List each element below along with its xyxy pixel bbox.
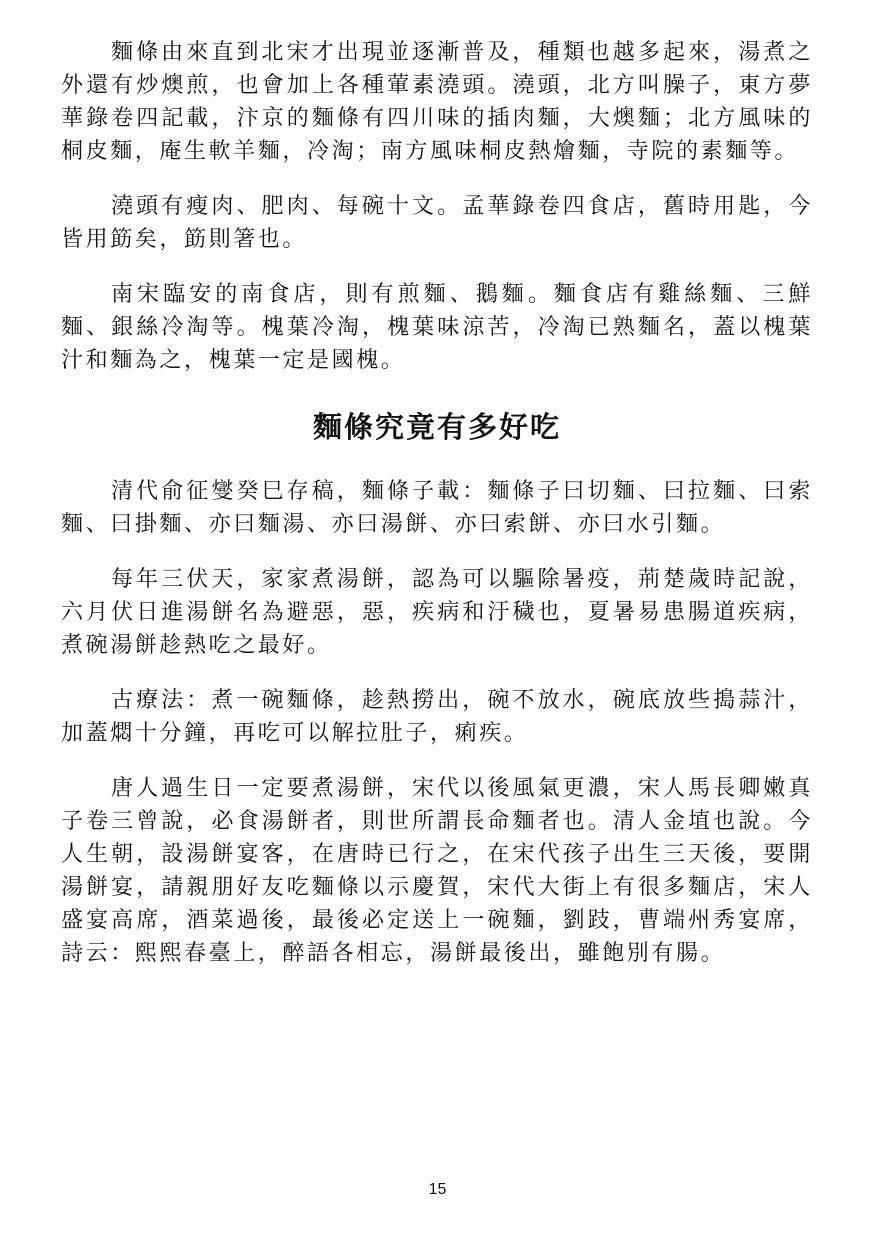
text-line: 子卷三曾說，必食湯餅者，則世所謂長命麵者也。清人金埴也說。今: [61, 805, 813, 838]
text-line: 南宋臨安的南食店，則有煎麵、鵝麵。麵食店有雞絲麵、三鮮: [61, 278, 813, 311]
text-line: 湯餅宴，請親朋好友吃麵條以示慶賀，宋代大街上有很多麵店，宋人: [61, 871, 813, 904]
text-line: 華錄卷四記載，汴京的麵條有四川味的插肉麵，大燠麵；北方風味的: [61, 102, 813, 135]
text-line: 麵、曰掛麵、亦曰麵湯、亦曰湯餅、亦曰索餅、亦曰水引麵。: [61, 508, 813, 541]
text-line: 皆用筯矣，筯則箸也。: [61, 223, 813, 256]
paragraph-summer-custom: 每年三伏天，家家煮湯餅，認為可以驅除暑疫，荊楚歲時記說， 六月伏日進湯餅名為避惡…: [61, 563, 813, 662]
text-line: 每年三伏天，家家煮湯餅，認為可以驅除暑疫，荊楚歲時記說，: [61, 563, 813, 596]
text-line: 煮碗湯餅趁熱吃之最好。: [61, 629, 813, 662]
text-line: 六月伏日進湯餅名為避惡，惡，疾病和汙穢也，夏暑易患腸道疾病，: [61, 596, 813, 629]
text-line: 唐人過生日一定要煮湯餅，宋代以後風氣更濃，宋人馬長卿嫩真: [61, 772, 813, 805]
paragraph-toppings: 澆頭有瘦肉、肥肉、每碗十文。孟華錄卷四食店，舊時用匙，今 皆用筯矣，筯則箸也。: [61, 190, 813, 256]
paragraph-birthday-noodles: 唐人過生日一定要煮湯餅，宋代以後風氣更濃，宋人馬長卿嫩真 子卷三曾說，必食湯餅者…: [61, 772, 813, 970]
text-line: 清代俞征燮癸巳存稿，麵條子載：麵條子曰切麵、曰拉麵、曰索: [61, 475, 813, 508]
text-line: 麵條由來直到北宋才出現並逐漸普及，種類也越多起來，湯煮之: [61, 36, 813, 69]
document-page: 麵條由來直到北宋才出現並逐漸普及，種類也越多起來，湯煮之 外還有炒燠煎，也會加上…: [61, 36, 813, 992]
paragraph-qing-dynasty: 清代俞征燮癸巳存稿，麵條子載：麵條子曰切麵、曰拉麵、曰索 麵、曰掛麵、亦曰麵湯、…: [61, 475, 813, 541]
paragraph-southern-song: 南宋臨安的南食店，則有煎麵、鵝麵。麵食店有雞絲麵、三鮮 麵、銀絲冷淘等。槐葉冷淘…: [61, 278, 813, 377]
text-line: 外還有炒燠煎，也會加上各種葷素澆頭。澆頭，北方叫臊子，東方夢: [61, 69, 813, 102]
text-line: 汁和麵為之，槐葉一定是國槐。: [61, 344, 813, 377]
paragraph-remedy: 古療法：煮一碗麵條，趁熱撈出，碗不放水，碗底放些搗蒜汁， 加蓋燜十分鐘，再吃可以…: [61, 684, 813, 750]
text-line: 桐皮麵，庵生軟羊麵，冷淘；南方風味桐皮熱燴麵，寺院的素麵等。: [61, 135, 813, 168]
text-line: 加蓋燜十分鐘，再吃可以解拉肚子，痢疾。: [61, 717, 813, 750]
text-line: 人生朝，設湯餅宴客，在唐時已行之，在宋代孩子出生三天後，要開: [61, 838, 813, 871]
paragraph-noodle-history: 麵條由來直到北宋才出現並逐漸普及，種類也越多起來，湯煮之 外還有炒燠煎，也會加上…: [61, 36, 813, 168]
text-line: 古療法：煮一碗麵條，趁熱撈出，碗不放水，碗底放些搗蒜汁，: [61, 684, 813, 717]
text-line: 麵、銀絲冷淘等。槐葉冷淘，槐葉味涼苦，冷淘已熟麵名，蓋以槐葉: [61, 311, 813, 344]
section-heading: 麵條究竟有多好吃: [61, 407, 813, 447]
text-line: 澆頭有瘦肉、肥肉、每碗十文。孟華錄卷四食店，舊時用匙，今: [61, 190, 813, 223]
text-line: 詩云：熙熙春臺上，醉語各相忘，湯餅最後出，雖飽別有腸。: [61, 937, 813, 970]
page-number: 15: [0, 1181, 875, 1199]
text-line: 盛宴高席，酒菜過後，最後必定送上一碗麵，劉跂，曹端州秀宴席，: [61, 904, 813, 937]
